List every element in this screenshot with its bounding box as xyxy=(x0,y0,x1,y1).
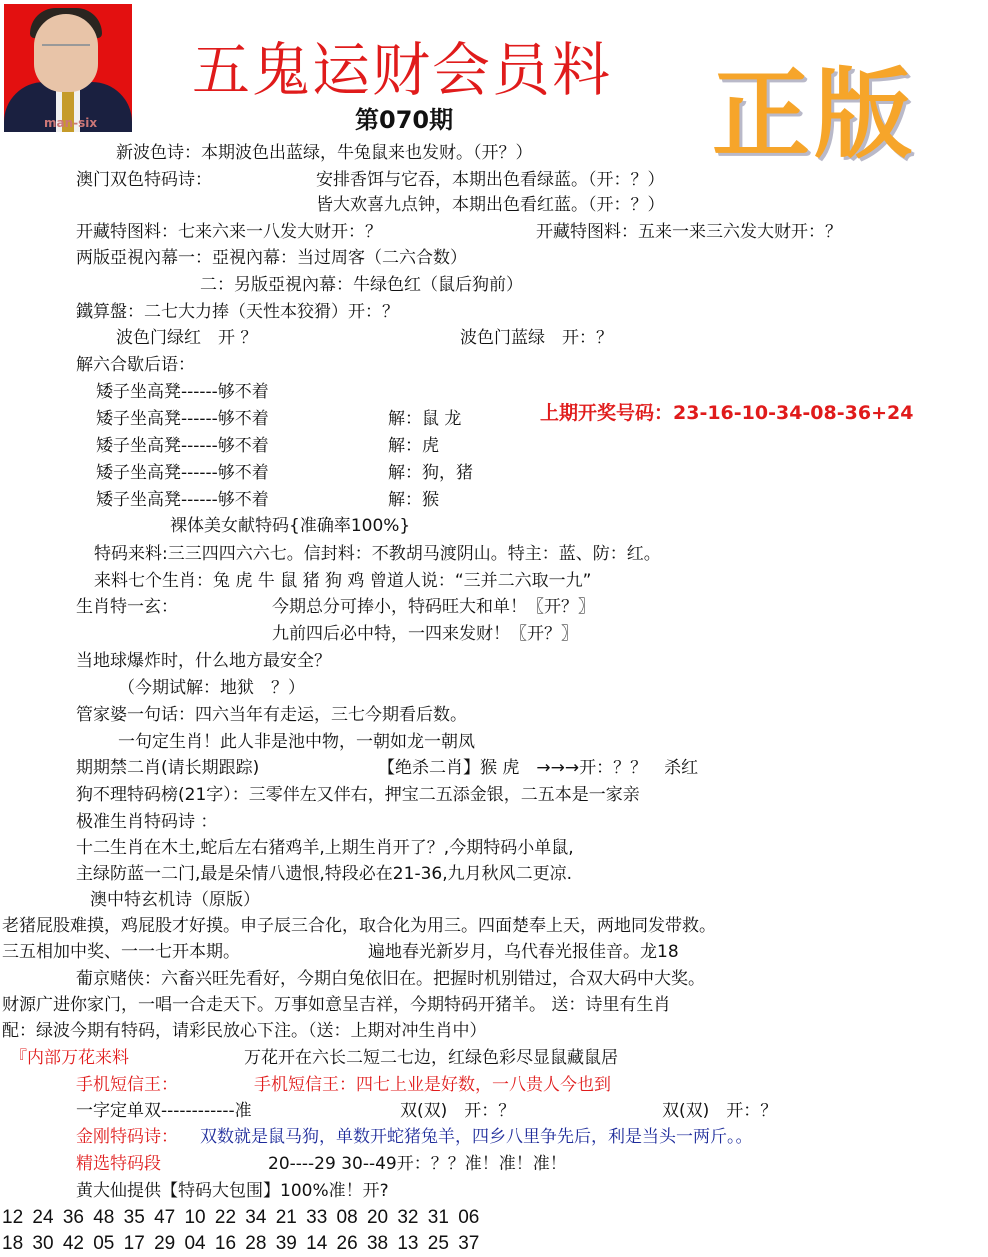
portrait-photo: man-six xyxy=(4,4,132,132)
mystery-poem-line2a: 三五相加中奖、一一七开本期。 xyxy=(2,941,240,963)
riddle-heading: 解六合歇后语： xyxy=(76,354,195,376)
lisboa-gambler: 葡京赌侠：六畜兴旺先看好，今期白兔依旧在。把握时机别错过，合双大码中大奖。 xyxy=(76,968,705,990)
page-title: 五鬼运财会员料 xyxy=(192,36,612,104)
housekeeper-quote: 管家婆一句话：四六当年有走运，三七今期看后数。 xyxy=(76,704,467,726)
zodiac-mystery-label: 生肖特一玄： xyxy=(76,596,178,618)
riddle-line: 矮子坐高凳------够不着 xyxy=(96,408,269,430)
issue-number: 第070期 xyxy=(355,106,453,134)
odd-even-pick2: 双(双) 开：？ xyxy=(662,1100,777,1122)
accurate-zodiac-poem-heading: 极准生肖特码诗 ： xyxy=(76,811,217,833)
iron-abacus: 鐵算盤：二七大力捧（天性本狡猾）开：？ xyxy=(76,301,399,323)
mystery-poem-line1: 老猪屁股难摸，鸡屁股才好摸。申子辰三合化，取合化为用三。四面楚奉上天，两地同发带… xyxy=(2,915,716,937)
macau-poem-line1: 安排香饵与它吞，本期出色看绿蓝。（开：？） xyxy=(316,169,665,191)
sms-king-label: 手机短信王： xyxy=(76,1074,178,1096)
atv-inside-1: 两版亞視內幕一：亞視內幕：当过周客（二六合数） xyxy=(76,247,467,269)
zodiac-mystery-line1: 今期总分可捧小，特码旺大和单！〖开？〗 xyxy=(272,596,595,618)
banned-zodiacs-label: 期期禁二肖(请长期跟踪) xyxy=(76,757,259,779)
special-code-source: 特码来料:三三四四六六七。信封料：不教胡马渡阴山。特主：蓝、防：红。 xyxy=(94,543,661,565)
authentic-badge: 正版 xyxy=(712,60,916,170)
sms-king-value: 手机短信王：四七上业是好数，一八贵人今也到 xyxy=(254,1074,611,1096)
dog-ignore-list: 狗不理特码榜(21字）：三零伴左又伴右，押宝二五添金银，二五本是一家亲 xyxy=(76,784,640,806)
zodiac-poem-line2: 主绿防蓝一二门,最是朵情八遗恨,特段必在21-36,九月秋风二更凉. xyxy=(76,863,572,885)
riddle-line: 矮子坐高凳------够不着 xyxy=(96,462,269,484)
vajra-poem-label: 金刚特码诗： xyxy=(76,1126,178,1148)
last-draw-numbers: 上期开奖号码：23-16-10-34-08-36+24 xyxy=(540,398,913,425)
mystery-poem-line2b: 遍地春光新岁月，乌代春光报佳音。龙18 xyxy=(368,941,679,963)
riddle-answer: 解：猴 xyxy=(388,489,439,511)
beauty-special-code: 裸体美女献特码{准确率100%} xyxy=(170,515,410,537)
number-row-1: 12 24 36 48 35 47 10 22 34 21 33 08 20 3… xyxy=(2,1206,479,1230)
selected-range-value: 20----29 30--49开：？？准！准！准！ xyxy=(268,1153,567,1175)
zodiac-poem-line1: 十二生肖在木土,蛇后左右猪鸡羊,上期生肖开了？,今期特码小单鼠, xyxy=(76,837,574,859)
riddle-line: 矮子坐高凳------够不着 xyxy=(96,489,269,511)
odd-even-pick1: 双(双) 开：？ xyxy=(400,1100,515,1122)
zodiac-mystery-line2: 九前四后必中特，一四来发财！〖开？〗 xyxy=(272,623,578,645)
earth-answer: （今期试解：地狱 ？） xyxy=(118,677,305,699)
atv-inside-2: 二：另版亞視內幕：牛绿色红（鼠后狗前） xyxy=(200,274,523,296)
vajra-poem-value: 双数就是鼠马狗，单数开蛇猪兔羊，四乡八里争先后，利是当头一两斤。。 xyxy=(200,1126,753,1148)
wealth-line: 财源广进你家门，一唱一合走天下。万事如意呈吉祥，今期特码开猪羊。 送：诗里有生肖 xyxy=(2,994,670,1016)
riddle-answer: 解：狗，猪 xyxy=(388,462,473,484)
internal-flower-value: 万花开在六长二短二七边，红绿色彩尽显鼠藏鼠居 xyxy=(244,1047,618,1069)
banned-zodiacs-value: 【绝杀二肖】猴 虎 →→→开：？？ 杀红 xyxy=(378,757,698,779)
one-sentence-zodiac: 一句定生肖！此人非是池中物，一朝如龙一朝凤 xyxy=(118,731,475,753)
riddle-line: 矮子坐高凳------够不着 xyxy=(96,435,269,457)
riddle-answer: 解：鼠 龙 xyxy=(388,408,461,430)
selected-range-label: 精选特码段 xyxy=(76,1153,161,1175)
hidden-pic-left: 开藏特图料：七来六来一八发大财开：？ xyxy=(76,221,382,243)
earth-question: 当地球爆炸时，什么地方最安全？ xyxy=(76,650,331,672)
seven-zodiacs: 来料七个生肖：兔 虎 牛 鼠 猪 狗 鸡 曾道人说：“三并二六取一九” xyxy=(94,570,591,592)
riddle-line: 矮子坐高凳------够不着 xyxy=(96,381,269,403)
wave-color-poem: 新波色诗：本期波色出蓝绿，牛兔鼠来也发财。（开？） xyxy=(116,142,533,164)
macau-poem-label: 澳门双色特码诗： xyxy=(76,169,212,191)
odd-even-label: 一字定单双------------准 xyxy=(76,1100,252,1122)
hidden-pic-right: 开藏特图料：五来一来三六发大财开：？ xyxy=(536,221,842,243)
riddle-answer: 解：虎 xyxy=(388,435,439,457)
wave-gate-left: 波色门绿红 开 ？ xyxy=(116,327,257,349)
green-wave-line: 配：绿波今期有特码，请彩民放心下注。（送：上期对冲生肖中） xyxy=(2,1020,487,1042)
photo-watermark: man-six xyxy=(44,116,97,130)
wong-tai-sin-line: 黄大仙提供【特码大包围】100%准！开? xyxy=(76,1180,389,1202)
macau-mystery-poem-heading: 澳中特玄机诗（原版） xyxy=(90,889,260,911)
number-row-2: 18 30 42 05 17 29 04 16 28 39 14 26 38 1… xyxy=(2,1232,479,1256)
internal-flower-label: 『内部万花来料 xyxy=(10,1047,129,1069)
macau-poem-line2: 皆大欢喜九点钟，本期出色看红蓝。（开：？） xyxy=(316,194,665,216)
wave-gate-right: 波色门蓝绿 开：？ xyxy=(460,327,613,349)
